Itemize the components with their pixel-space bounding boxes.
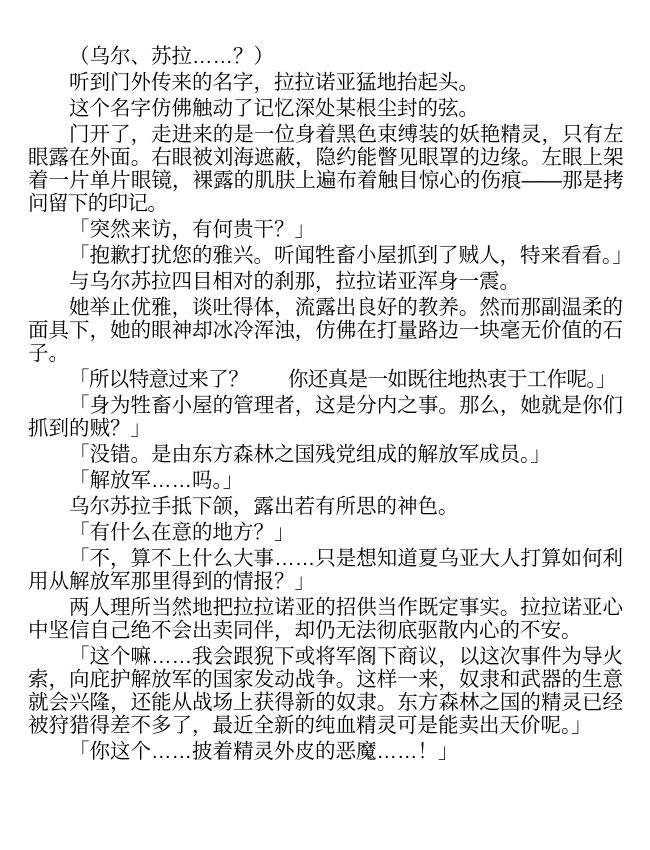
paragraph: （乌尔、苏拉……？） bbox=[28, 45, 623, 68]
novel-reader-page: （乌尔、苏拉……？）听到门外传来的名字，拉拉诺亚猛地抬起头。这个名字仿佛触动了记… bbox=[0, 0, 650, 850]
paragraph: 「有什么在意的地方？」 bbox=[28, 521, 623, 544]
paragraph: 「突然来访，有何贵干？」 bbox=[28, 218, 623, 241]
paragraph: 「身为牲畜小屋的管理者，这是分内之事。那么，她就是你们抓到的贼？」 bbox=[28, 394, 623, 440]
paragraph: 她举止优雅，谈吐得体，流露出良好的教养。然而那副温柔的面具下，她的眼神却冰冷浑浊… bbox=[28, 296, 623, 365]
paragraph: 「这个嘛……我会跟猊下或将军阁下商议，以这次事件为导火索，向庇护解放军的国家发动… bbox=[28, 645, 623, 737]
paragraph: 「所以特意过来了？ 你还真是一如既往地热衷于工作呢。」 bbox=[28, 368, 623, 391]
paragraph: 门开了，走进来的是一位身着黑色束缚装的妖艳精灵，只有左眼露在外面。右眼被刘海遮蔽… bbox=[28, 123, 623, 215]
paragraph: 听到门外传来的名字，拉拉诺亚猛地抬起头。 bbox=[28, 71, 623, 94]
paragraph: 两人理所当然地把拉拉诺亚的招供当作既定事实。拉拉诺亚心中坚信自己绝不会出卖同伴，… bbox=[28, 596, 623, 642]
paragraph: 「抱歉打扰您的雅兴。听闻牲畜小屋抓到了贼人，特来看看。」 bbox=[28, 244, 623, 267]
paragraph: 「没错。是由东方森林之国残党组成的解放军成员。」 bbox=[28, 443, 623, 466]
paragraph: 乌尔苏拉手抵下颌，露出若有所思的神色。 bbox=[28, 495, 623, 518]
chapter-text: （乌尔、苏拉……？）听到门外传来的名字，拉拉诺亚猛地抬起头。这个名字仿佛触动了记… bbox=[0, 0, 650, 763]
paragraph: 这个名字仿佛触动了记忆深处某根尘封的弦。 bbox=[28, 97, 623, 120]
paragraph: 「你这个……披着精灵外皮的恶魔……！」 bbox=[28, 740, 623, 763]
paragraph: 「解放军……吗。」 bbox=[28, 469, 623, 492]
paragraph: 与乌尔苏拉四目相对的刹那，拉拉诺亚浑身一震。 bbox=[28, 270, 623, 293]
paragraph: 「不，算不上什么大事……只是想知道夏乌亚大人打算如何利用从解放军那里得到的情报？… bbox=[28, 547, 623, 593]
page: { "page": { "background_color": "#ffffff… bbox=[0, 0, 650, 850]
